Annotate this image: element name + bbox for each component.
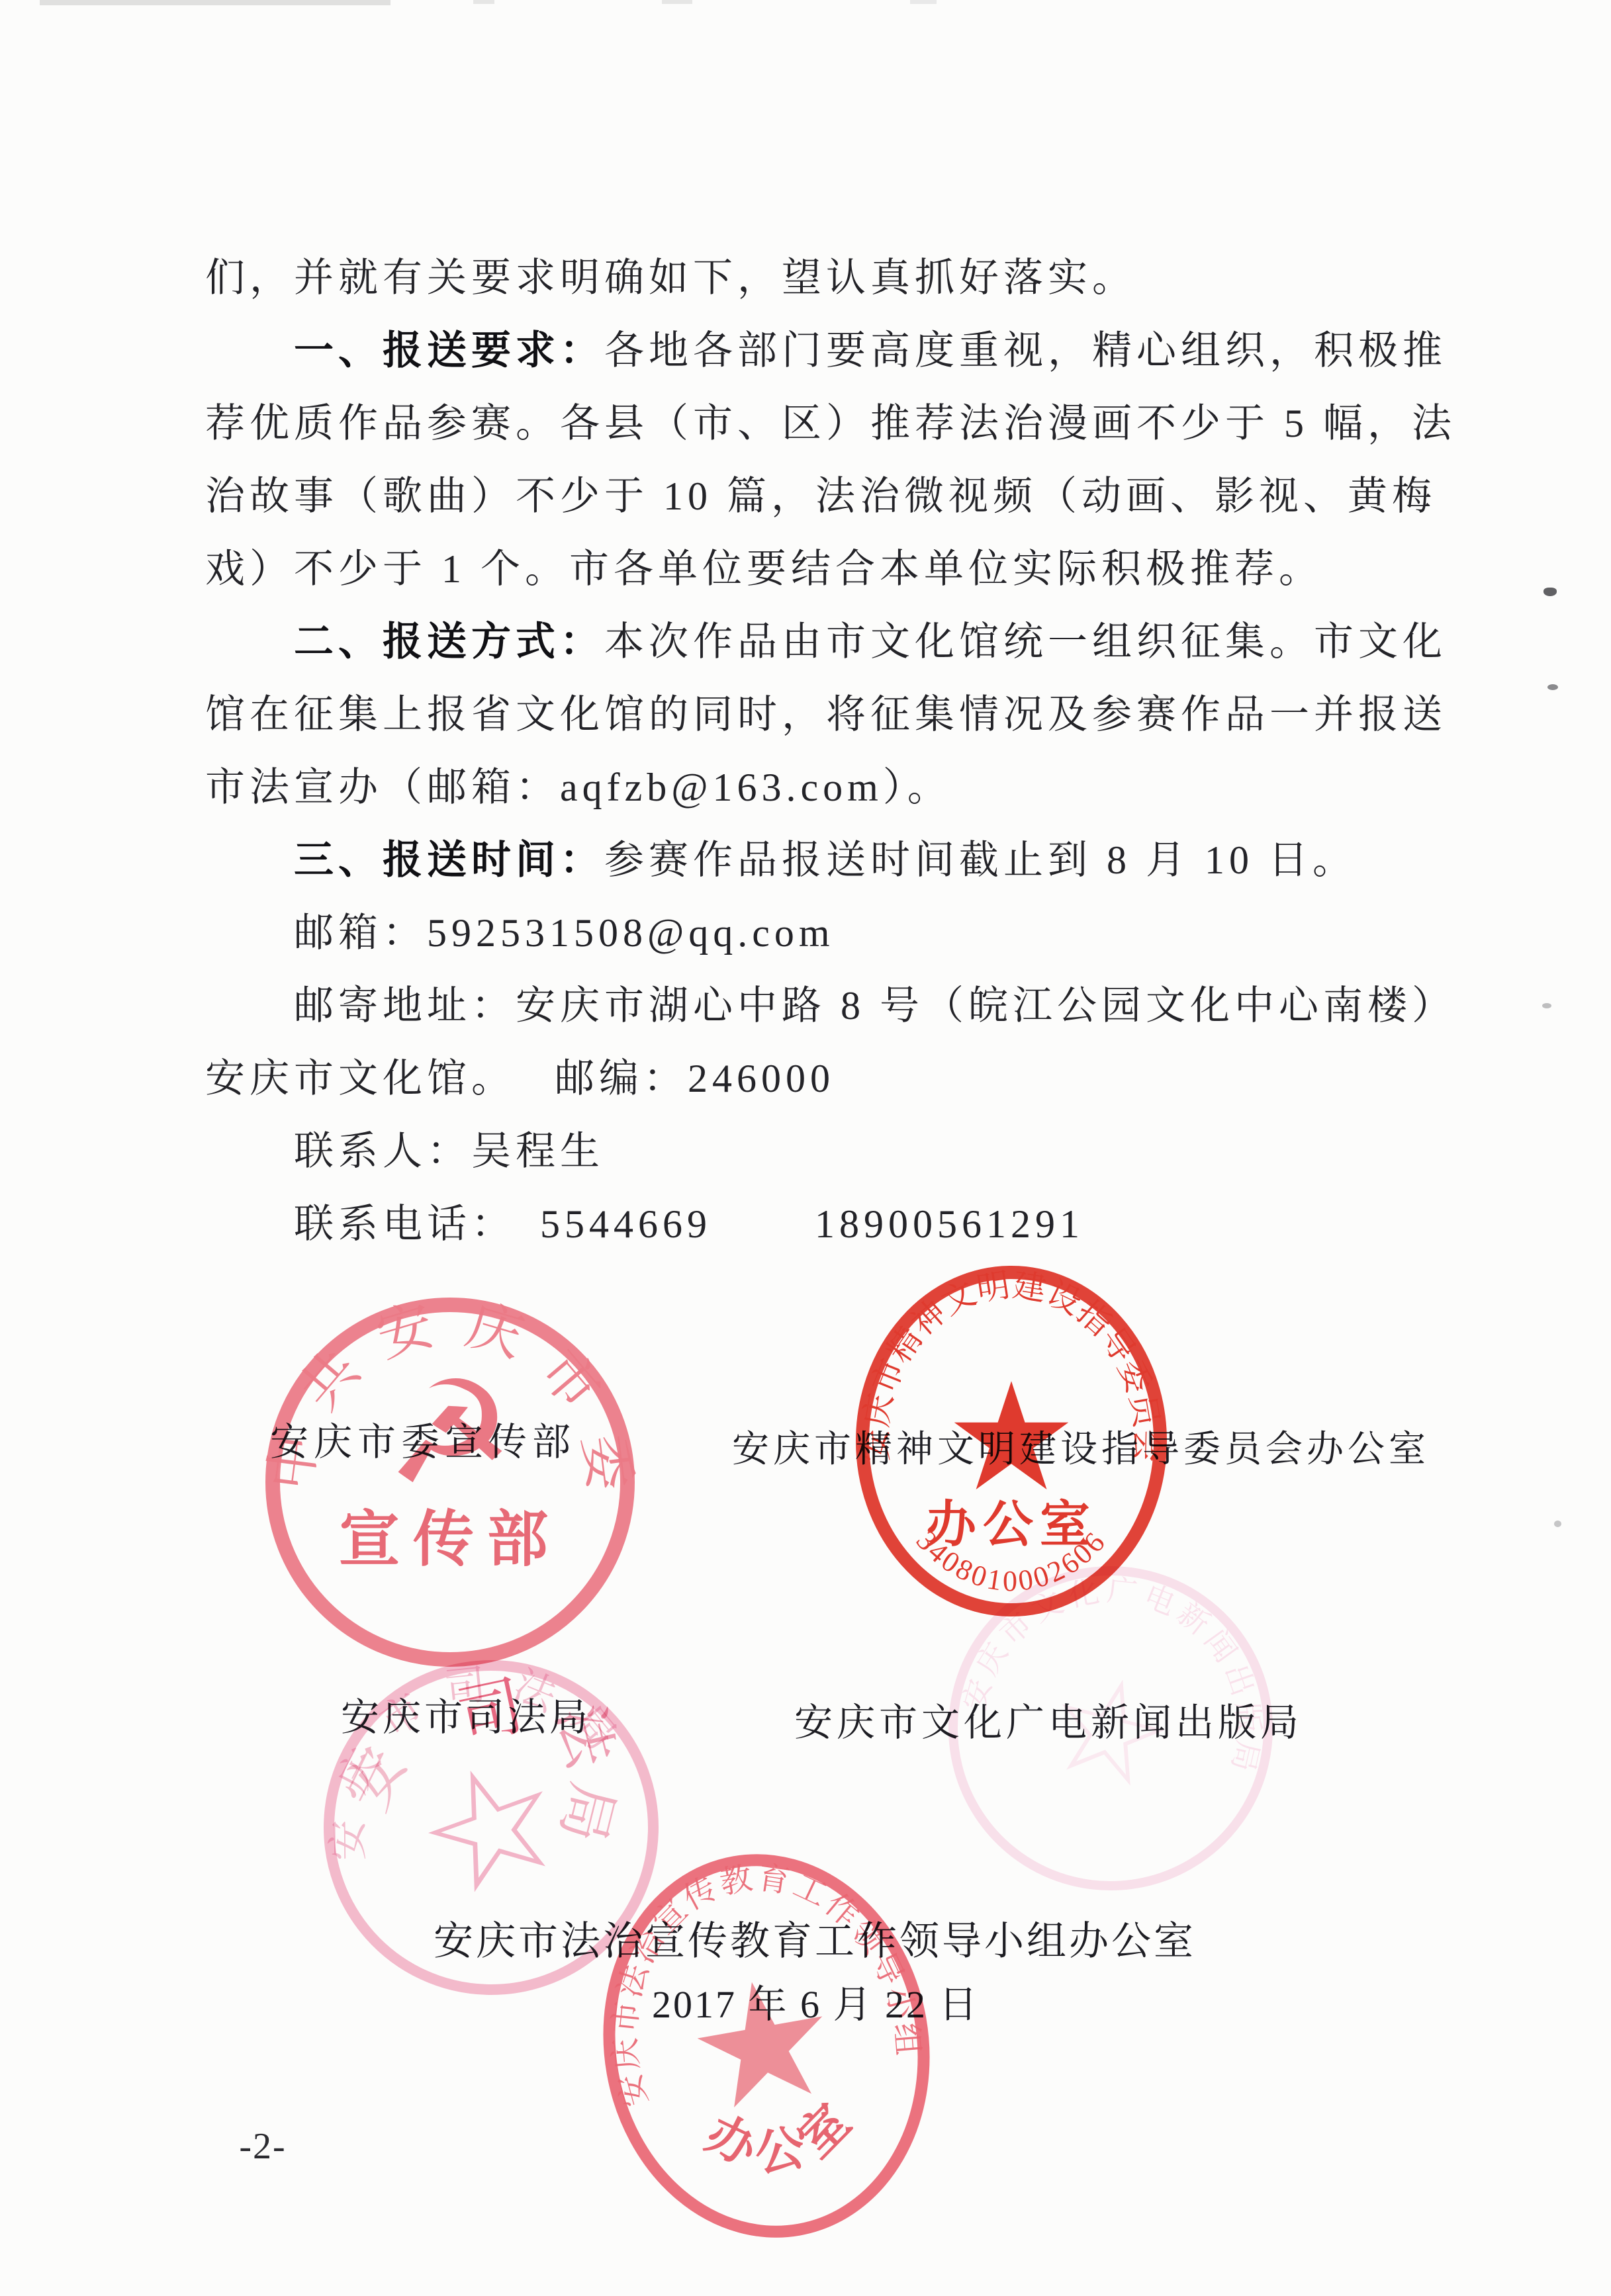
propaganda-dept-seal: 中共安庆市委 ☭ 宣传部 (245, 1264, 655, 1700)
line-text-segment: 安庆市文化馆。 邮编：246000 (205, 1057, 835, 1100)
document-line: 戏）不少于 1 个。市各单位要结合本单位实际积极推荐。 (205, 533, 1469, 605)
line-text-segment: 们，并就有关要求明确如下，望认真抓好落实。 (205, 256, 1136, 300)
document-line: 邮寄地址：安庆市湖心中路 8 号（皖江公园文化中心南楼） (205, 969, 1469, 1042)
signature-culture-bureau: 安庆市文化广电新闻出版局 (794, 1691, 1303, 1747)
document-line: 荐优质作品参赛。各县（市、区）推荐法治漫画不少于 5 幅，法 (205, 387, 1469, 460)
scan-edge-dash (662, 0, 692, 4)
document-line: 三、报送时间：参赛作品报送时间截止到 8 月 10 日。 (205, 824, 1469, 897)
line-text-segment: 市法宣办（邮箱：aqfzb@163.com）。 (205, 766, 952, 809)
closing-organization: 安庆市法治宣传教育工作领导小组办公室 (434, 1910, 1196, 1966)
document-line: 馆在征集上报省文化馆的同时，将征集情况及参赛作品一并报送 (205, 678, 1469, 751)
signature-justice-bureau: 安庆市司法局 (341, 1686, 591, 1742)
line-text-segment: 戏）不少于 1 个。市各单位要结合本单位实际积极推荐。 (205, 547, 1323, 591)
signature-propaganda-dept: 安庆市委宣传部 (270, 1411, 576, 1466)
scan-edge-dash (910, 0, 937, 4)
signature-civilization-office: 安庆市精神文明建设指导委员会办公室 (732, 1420, 1430, 1473)
line-text-segment: 本次作品由市文化馆统一组织征集。市文化 (604, 620, 1447, 664)
line-heading-segment: 一、报送要求： (294, 328, 604, 373)
document-body: 们，并就有关要求明确如下，望认真抓好落实。一、报送要求：各地各部门要高度重视，精… (205, 242, 1469, 1260)
document-line: 市法宣办（邮箱：aqfzb@163.com）。 (205, 751, 1469, 824)
line-heading-segment: 三、报送时间： (294, 838, 604, 882)
line-text-segment: 各地各部门要高度重视，精心组织，积极推 (604, 329, 1447, 373)
line-text-segment: 邮寄地址：安庆市湖心中路 8 号（皖江公园文化中心南楼） (294, 984, 1456, 1028)
document-line: 二、报送方式：本次作品由市文化馆统一组织征集。市文化 (205, 605, 1469, 678)
propaganda-seal-bottom-text: 宣传部 (339, 1506, 561, 1573)
document-line: 们，并就有关要求明确如下，望认真抓好落实。 (205, 242, 1469, 314)
line-text-segment: 荐优质作品参赛。各县（市、区）推荐法治漫画不少于 5 幅，法 (205, 402, 1456, 445)
line-text-segment: 联系电话： 5544669 18900561291 (294, 1202, 1084, 1246)
document-line: 联系人：吴程生 (205, 1115, 1469, 1188)
document-line: 安庆市文化馆。 邮编：246000 (205, 1042, 1469, 1115)
scan-speck (1543, 588, 1557, 596)
scan-speck (1554, 1521, 1561, 1527)
line-text-segment: 治故事（歌曲）不少于 10 篇，法治微视频（动画、影视、黄梅 (205, 474, 1436, 518)
closing-date: 2017 年 6 月 22 日 (652, 1973, 980, 2029)
document-line: 一、报送要求：各地各部门要高度重视，精心组织，积极推 (205, 314, 1469, 387)
line-text-segment: 参赛作品报送时间截止到 8 月 10 日。 (604, 838, 1357, 882)
document-line: 邮箱：592531508@qq.com (205, 897, 1469, 969)
scan-speck (1542, 1003, 1551, 1008)
line-heading-segment: 二、报送方式： (294, 619, 604, 664)
line-text-segment: 邮箱：592531508@qq.com (294, 911, 835, 955)
line-text-segment: 馆在征集上报省文化馆的同时，将征集情况及参赛作品一并报送 (205, 693, 1447, 736)
document-line: 治故事（歌曲）不少于 10 篇，法治微视频（动画、影视、黄梅 (205, 460, 1469, 533)
scan-edge-dash (473, 0, 494, 4)
scan-edge-strip (40, 0, 391, 5)
scan-speck (1547, 684, 1558, 690)
line-text-segment: 联系人：吴程生 (294, 1129, 604, 1173)
page-number: -2- (213, 2125, 312, 2168)
